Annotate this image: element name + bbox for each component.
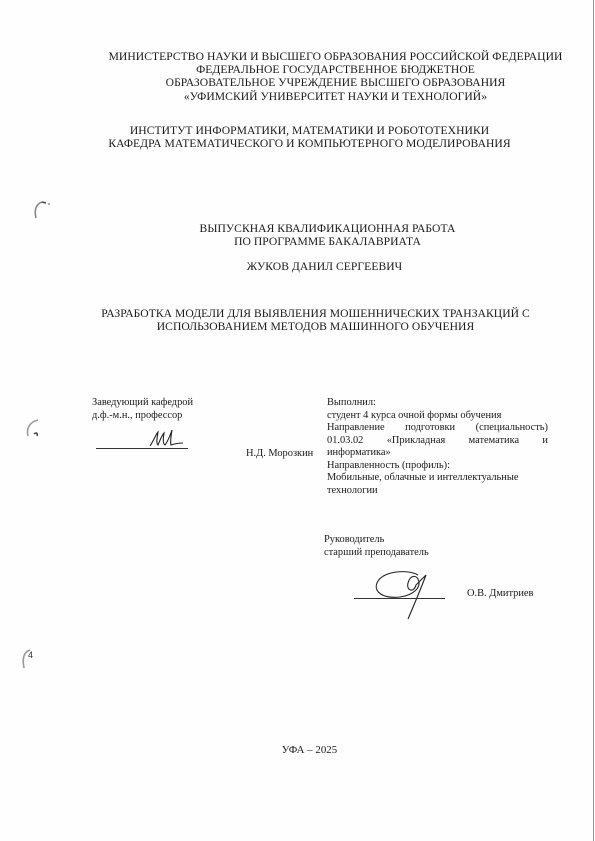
margin-bracket-mark	[28, 196, 56, 224]
head-degree: д.ф.-м.н., профессор	[92, 410, 193, 423]
direction-line: информатика»	[327, 447, 548, 460]
performer-label: Выполнил:	[327, 397, 548, 410]
work-type-line: ВЫПУСКНАЯ КВАЛИФИКАЦИОННАЯ РАБОТА	[30, 222, 595, 235]
institute-header: ИНСТИТУТ ИНФОРМАТИКИ, МАТЕМАТИКИ И РОБОТ…	[12, 124, 595, 150]
supervisor-position: старший преподаватель	[324, 546, 429, 559]
head-signature	[146, 426, 186, 450]
document-page: МИНИСТЕРСТВО НАУКИ И ВЫСШЕГО ОБРАЗОВАНИЯ…	[0, 0, 595, 841]
direction-line: 01.03.02 «Прикладная математика и	[327, 435, 548, 448]
ministry-line: ФЕДЕРАЛЬНОЕ ГОСУДАРСТВЕННОЕ БЮДЖЕТНОЕ	[38, 63, 595, 76]
author-name: ЖУКОВ ДАНИЛ СЕРГЕЕВИЧ	[27, 260, 595, 273]
thesis-title: РАЗРАБОТКА МОДЕЛИ ДЛЯ ВЫЯВЛЕНИЯ МОШЕННИЧ…	[18, 307, 595, 333]
department-line: КАФЕДРА МАТЕМАТИЧЕСКОГО И КОМПЬЮТЕРНОГО …	[12, 137, 595, 150]
performer-status: студент 4 курса очной формы обучения	[327, 410, 548, 423]
ministry-line: ОБРАЗОВАТЕЛЬНОЕ УЧРЕЖДЕНИЕ ВЫСШЕГО ОБРАЗ…	[38, 76, 595, 89]
ministry-line: МИНИСТЕРСТВО НАУКИ И ВЫСШЕГО ОБРАЗОВАНИЯ…	[38, 50, 595, 63]
head-of-department-block: Заведующий кафедрой д.ф.-м.н., профессор	[92, 397, 193, 422]
profile-line: Мобильные, облачные и интеллектуальные	[327, 472, 548, 485]
work-type: ВЫПУСКНАЯ КВАЛИФИКАЦИОННАЯ РАБОТА ПО ПРО…	[30, 222, 595, 248]
head-name: Н.Д. Морозкин	[246, 448, 313, 461]
supervisor-label: Руководитель	[324, 533, 429, 546]
ministry-header: МИНИСТЕРСТВО НАУКИ И ВЫСШЕГО ОБРАЗОВАНИЯ…	[38, 50, 595, 103]
direction-line: Направление подготовки (специальность)	[327, 422, 548, 435]
margin-number: 4	[28, 650, 33, 660]
institute-line: ИНСТИТУТ ИНФОРМАТИКИ, МАТЕМАТИКИ И РОБОТ…	[12, 124, 595, 137]
supervisor-signature-line	[354, 598, 445, 599]
thesis-title-line: ИСПОЛЬЗОВАНИЕМ МЕТОДОВ МАШИННОГО ОБУЧЕНИ…	[18, 320, 595, 333]
performer-block: Выполнил: студент 4 курса очной формы об…	[327, 397, 548, 497]
margin-bracket-mark	[20, 414, 48, 442]
footer-city-year: УФА – 2025	[12, 744, 595, 757]
thesis-title-line: РАЗРАБОТКА МОДЕЛИ ДЛЯ ВЫЯВЛЕНИЯ МОШЕННИЧ…	[18, 307, 595, 320]
work-type-line: ПО ПРОГРАММЕ БАКАЛАВРИАТА	[30, 235, 595, 248]
profile-line: технологии	[327, 485, 548, 498]
ministry-line: «УФИМСКИЙ УНИВЕРСИТЕТ НАУКИ И ТЕХНОЛОГИЙ…	[38, 90, 595, 103]
head-position: Заведующий кафедрой	[92, 397, 193, 410]
city-year-text: УФА – 2025	[12, 744, 595, 757]
supervisor-signature	[360, 565, 450, 621]
author-name-text: ЖУКОВ ДАНИЛ СЕРГЕЕВИЧ	[27, 260, 595, 273]
supervisor-block: Руководитель старший преподаватель	[324, 533, 429, 559]
supervisor-name: О.В. Дмитриев	[467, 588, 533, 601]
head-signature-line	[96, 448, 188, 449]
profile-label: Направленность (профиль):	[327, 460, 548, 473]
